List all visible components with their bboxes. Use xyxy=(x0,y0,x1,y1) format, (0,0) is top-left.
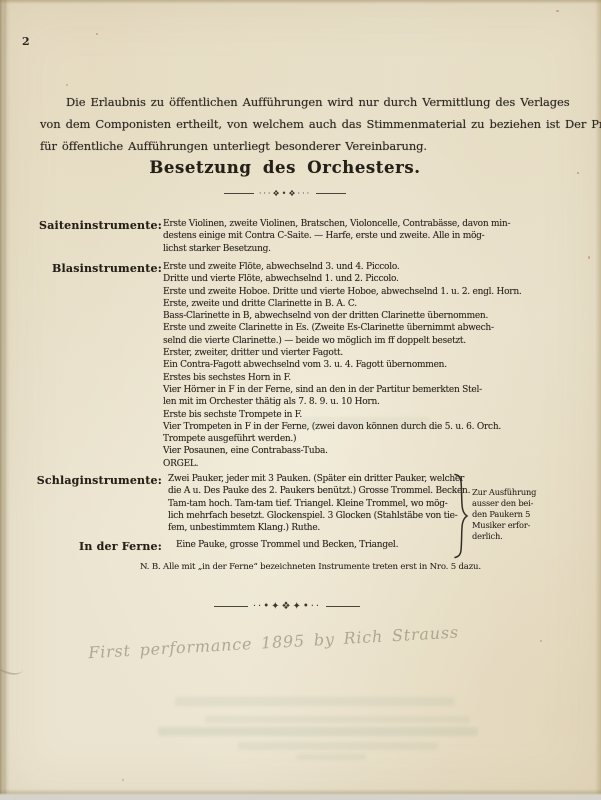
text-line: len mit im Orchester thätig als 7. 8. 9.… xyxy=(163,396,522,408)
paper-speck xyxy=(66,84,68,86)
text-line: Dritte und vierte Flöte, abwechselnd 1. … xyxy=(163,273,522,285)
footer-ornament: ··•✦❖✦•·· xyxy=(0,601,574,612)
text-line: Erstes bis sechstes Horn in F. xyxy=(163,372,522,384)
bleed-through-mark xyxy=(205,716,470,723)
pencil-annotation: First performance 1895 by Rich Strauss xyxy=(88,625,419,662)
rights-notice-paragraph: Die Erlaubnis zu öffentlichen Aufführung… xyxy=(40,91,580,157)
section-label-distance: In der Ferne: xyxy=(28,540,162,553)
paper-speck xyxy=(122,779,124,781)
text-line: ORGEL. xyxy=(163,458,522,470)
bleed-through-mark xyxy=(175,697,455,706)
paper-speck xyxy=(577,172,579,174)
section-text-distance: Eine Pauke, grosse Trommel und Becken, T… xyxy=(176,539,398,551)
text-line: Die Erlaubnis zu öffentlichen Aufführung… xyxy=(40,91,580,113)
text-line: Vier Posaunen, eine Contrabass-Tuba. xyxy=(163,445,522,457)
text-line: Zur Ausführung xyxy=(472,487,568,498)
paper-speck xyxy=(556,10,559,12)
text-line: Vier Hörner in F in der Ferne, sind an d… xyxy=(163,384,522,396)
text-line: die A u. Des Pauke des 2. Paukers benütz… xyxy=(168,485,470,497)
page-title: Besetzung des Orchesters. xyxy=(0,158,570,177)
nota-bene-footnote: N. B. Alle mit „in der Ferne“ bezeichnet… xyxy=(140,562,481,572)
text-line: Zwei Pauker, jeder mit 3 Pauken. (Später… xyxy=(168,473,470,485)
bleed-through-mark xyxy=(158,727,478,736)
score-preface-page: 2 Die Erlaubnis zu öffentlichen Aufführu… xyxy=(0,0,601,800)
divider-glyph-icon: ···❖•❖··· xyxy=(259,189,311,198)
text-line: Erste bis sechste Trompete in F. xyxy=(163,409,522,421)
text-line: Eine Pauke, grosse Trommel und Becken, T… xyxy=(176,539,398,551)
paper-speck xyxy=(588,256,590,259)
text-line: Erste und zweite Hoboe. Dritte und viert… xyxy=(163,286,522,298)
paper-speck xyxy=(96,33,98,35)
text-line: derlich. xyxy=(472,531,568,542)
section-label-strings: Saiteninstrumente: xyxy=(28,219,162,232)
text-line: fem, unbestimmtem Klang.) Ruthe. xyxy=(168,522,470,534)
text-line: Tam-tam hoch. Tam-tam tief. Triangel. Kl… xyxy=(168,498,470,510)
percussion-side-note: Zur Ausführungausser den bei-den Paukern… xyxy=(472,487,568,542)
text-line: Vier Trompeten in F in der Ferne, (zwei … xyxy=(163,421,522,433)
paper-speck xyxy=(540,640,542,642)
text-line: Erste, zweite und dritte Clarinette in B… xyxy=(163,298,522,310)
text-line: Erster, zweiter, dritter und vierter Fag… xyxy=(163,347,522,359)
section-text-percussion: Zwei Pauker, jeder mit 3 Pauken. (Später… xyxy=(168,473,470,534)
left-binding-edge xyxy=(0,0,10,800)
percussion-brace-icon xyxy=(452,473,470,563)
text-line: Erste und zweite Flöte, abwechselnd 3. u… xyxy=(163,261,522,273)
text-line: Musiker erfor- xyxy=(472,520,568,531)
text-line: lichst starker Besetzung. xyxy=(163,243,510,255)
text-line: für öffentliche Aufführungen unterliegt … xyxy=(40,135,580,157)
text-line: von dem Componisten ertheilt, von welche… xyxy=(40,113,580,135)
bottom-page-edge xyxy=(0,789,601,800)
text-line: Bass-Clarinette in B, abwechselnd von de… xyxy=(163,310,522,322)
section-text-winds: Erste und zweite Flöte, abwechselnd 3. u… xyxy=(163,261,522,470)
text-line: Trompete ausgeführt werden.) xyxy=(163,433,522,445)
text-line: den Paukern 5 xyxy=(472,509,568,520)
bleed-through-mark xyxy=(296,754,366,760)
title-divider-ornament: ···❖•❖··· xyxy=(0,189,570,198)
bleed-through-mark xyxy=(238,742,438,750)
section-label-percussion: Schlaginstrumente: xyxy=(28,474,162,487)
top-page-edge xyxy=(0,0,601,4)
text-line: Erste und zweite Clarinette in Es. (Zwei… xyxy=(163,322,522,334)
text-line: Erste Violinen, zweite Violinen, Bratsch… xyxy=(163,218,510,230)
ornament-glyph-icon: ··•✦❖✦•·· xyxy=(253,601,321,612)
text-line: ausser den bei- xyxy=(472,498,568,509)
text-line: destens einige mit Contra C-Saite. — Har… xyxy=(163,230,510,242)
section-text-strings: Erste Violinen, zweite Violinen, Bratsch… xyxy=(163,218,510,255)
text-line: lich mehrfach besetzt. Glockenspiel. 3 G… xyxy=(168,510,470,522)
text-line: selnd die vierte Clarinette.) — beide wo… xyxy=(163,335,522,347)
section-label-winds: Blasinstrumente: xyxy=(28,262,162,275)
text-line: Ein Contra-Fagott abwechselnd vom 3. u. … xyxy=(163,359,522,371)
page-number: 2 xyxy=(22,35,30,48)
